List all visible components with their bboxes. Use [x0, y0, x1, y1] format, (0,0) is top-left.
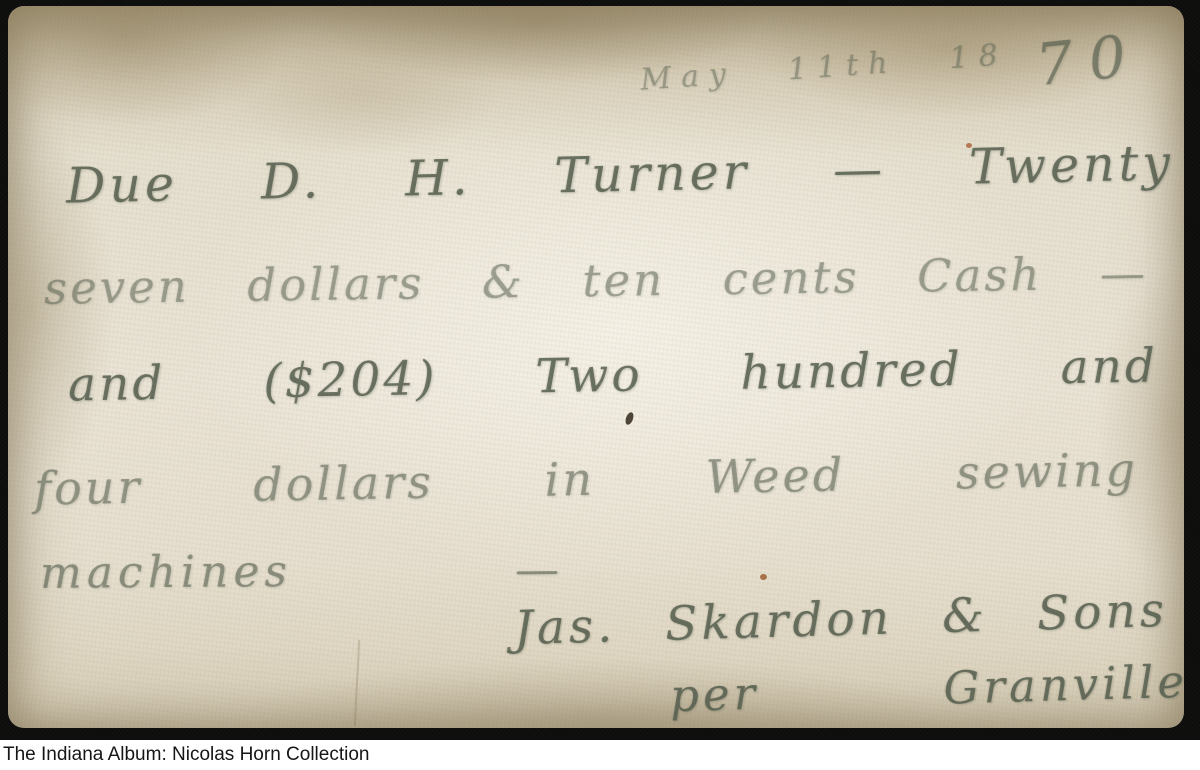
handwritten-date: May 11th 18: [639, 37, 1009, 98]
handwritten-line-2: seven dollars & ten cents Cash —: [44, 246, 1149, 314]
handwritten-signature-line-1: Jas. Skardon & Sons: [513, 583, 1168, 656]
handwritten-date-year: 70: [1033, 21, 1145, 100]
paper-crease: [354, 640, 360, 726]
caption-bar: The Indiana Album: Nicolas Horn Collecti…: [0, 740, 1200, 770]
caption-text: The Indiana Album: Nicolas Horn Collecti…: [3, 740, 369, 769]
handwritten-line-4: four dollars in Weed sewing: [34, 442, 1139, 515]
scanner-background: May 11th 18 70 Due D. H. Turner — Twenty…: [0, 0, 1200, 740]
handwritten-line-3: and ($204) Two hundred and: [68, 338, 1159, 412]
ink-blot-speck: [624, 411, 635, 426]
handwritten-signature-line-2: per Granville: [669, 655, 1184, 722]
paper-card: May 11th 18 70 Due D. H. Turner — Twenty…: [8, 6, 1184, 728]
handwritten-line-5: machines —: [40, 544, 564, 599]
rust-stain-speck: [760, 574, 767, 580]
handwritten-line-1: Due D. H. Turner — Twenty: [66, 134, 1175, 214]
